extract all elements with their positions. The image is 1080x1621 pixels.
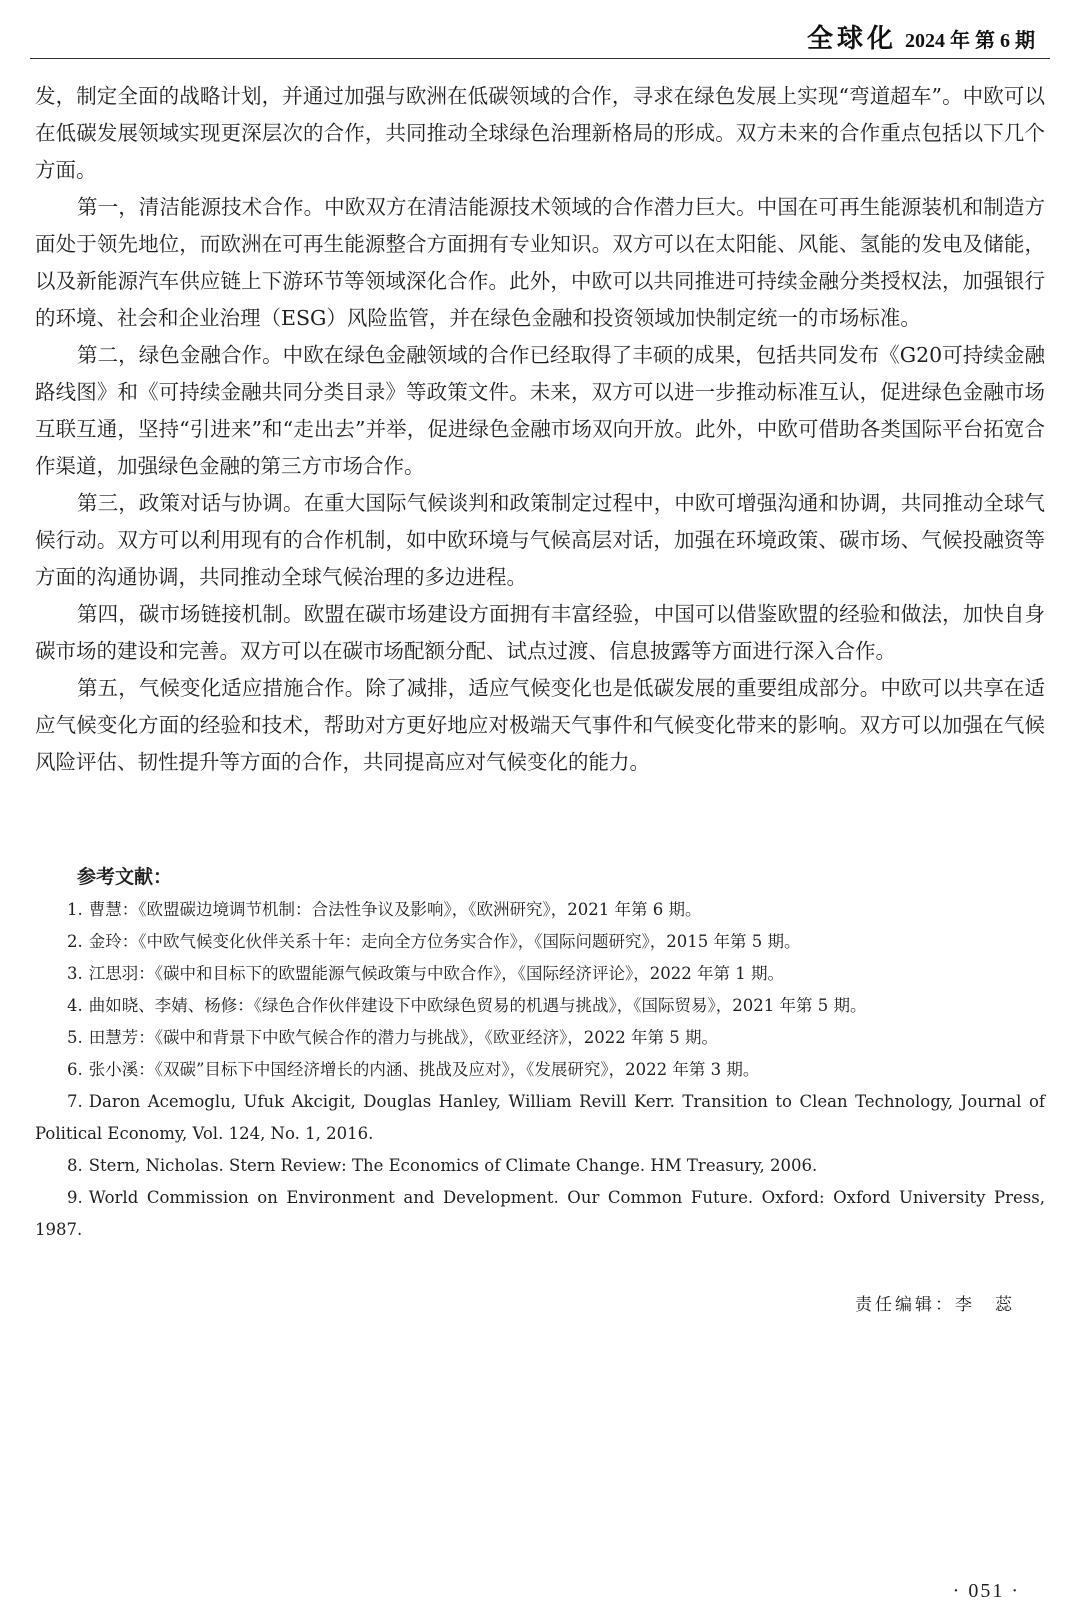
reference-text: 田慧芳：《碳中和背景下中欧气候合作的潜力与挑战》，《欧亚经济》，2022 年第 … xyxy=(89,1028,718,1047)
reference-text: Daron Acemoglu, Ufuk Akcigit, Douglas Ha… xyxy=(35,1092,1045,1143)
reference-item: 8.Stern, Nicholas. Stern Review: The Eco… xyxy=(35,1150,1045,1182)
reference-number: 9. xyxy=(67,1188,83,1207)
paragraph: 第五，气候变化适应措施合作。除了减排，适应气候变化也是低碳发展的重要组成部分。中… xyxy=(35,670,1045,781)
issue-label: 2024 年 第 6 期 xyxy=(905,24,1035,53)
reference-item: 1.曹慧：《欧盟碳边境调节机制：合法性争议及影响》，《欧洲研究》，2021 年第… xyxy=(35,894,1045,926)
journal-name: 全球化 xyxy=(807,18,897,55)
reference-text: 张小溪：《双碳”目标下中国经济增长的内涵、挑战及应对》，《发展研究》，2022 … xyxy=(89,1060,760,1079)
reference-number: 3. xyxy=(67,964,83,983)
reference-number: 6. xyxy=(67,1060,83,1079)
reference-text: 曹慧：《欧盟碳边境调节机制：合法性争议及影响》，《欧洲研究》，2021 年第 6… xyxy=(89,900,702,919)
reference-text: 曲如晓、李婧、杨修：《绿色合作伙伴建设下中欧绿色贸易的机遇与挑战》，《国际贸易》… xyxy=(89,996,867,1015)
reference-text: 江思羽：《碳中和目标下的欧盟能源气候政策与中欧合作》，《国际经济评论》，2022… xyxy=(89,964,784,983)
paragraph: 第三，政策对话与协调。在重大国际气候谈判和政策制定过程中，中欧可增强沟通和协调，… xyxy=(35,485,1045,596)
reference-item: 3.江思羽：《碳中和目标下的欧盟能源气候政策与中欧合作》，《国际经济评论》，20… xyxy=(35,958,1045,990)
references-section: 参考文献： 1.曹慧：《欧盟碳边境调节机制：合法性争议及影响》，《欧洲研究》，2… xyxy=(35,860,1045,1246)
reference-number: 7. xyxy=(67,1092,83,1111)
reference-text: Stern, Nicholas. Stern Review: The Econo… xyxy=(89,1156,818,1175)
responsible-editor: 责任编辑：李 蕊 xyxy=(855,1290,1015,1315)
reference-text: World Commission on Environment and Deve… xyxy=(35,1188,1045,1239)
reference-item: 6.张小溪：《双碳”目标下中国经济增长的内涵、挑战及应对》，《发展研究》，202… xyxy=(35,1054,1045,1086)
header-divider xyxy=(30,58,1050,59)
reference-number: 1. xyxy=(67,900,83,919)
reference-item: 7.Daron Acemoglu, Ufuk Akcigit, Douglas … xyxy=(35,1086,1045,1150)
references-title: 参考文献： xyxy=(77,860,1045,894)
reference-item: 2.金玲：《中欧气候变化伙伴关系十年：走向全方位务实合作》，《国际问题研究》，2… xyxy=(35,926,1045,958)
running-header: 全球化 2024 年 第 6 期 xyxy=(807,18,1035,55)
reference-text: 金玲：《中欧气候变化伙伴关系十年：走向全方位务实合作》，《国际问题研究》，201… xyxy=(89,932,801,951)
reference-number: 8. xyxy=(67,1156,83,1175)
reference-number: 2. xyxy=(67,932,83,951)
paragraph: 第二，绿色金融合作。中欧在绿色金融领域的合作已经取得了丰硕的成果，包括共同发布《… xyxy=(35,337,1045,485)
page-number: · 051 · xyxy=(953,1580,1020,1603)
reference-item: 9.World Commission on Environment and De… xyxy=(35,1182,1045,1246)
paragraph: 第一，清洁能源技术合作。中欧双方在清洁能源技术领域的合作潜力巨大。中国在可再生能… xyxy=(35,189,1045,337)
paragraph: 第四，碳市场链接机制。欧盟在碳市场建设方面拥有丰富经验，中国可以借鉴欧盟的经验和… xyxy=(35,596,1045,670)
reference-number: 5. xyxy=(67,1028,83,1047)
paragraph: 发，制定全面的战略计划，并通过加强与欧洲在低碳领域的合作，寻求在绿色发展上实现“… xyxy=(35,78,1045,189)
reference-number: 4. xyxy=(67,996,83,1015)
article-body: 发，制定全面的战略计划，并通过加强与欧洲在低碳领域的合作，寻求在绿色发展上实现“… xyxy=(35,78,1045,781)
reference-item: 4.曲如晓、李婧、杨修：《绿色合作伙伴建设下中欧绿色贸易的机遇与挑战》，《国际贸… xyxy=(35,990,1045,1022)
reference-item: 5.田慧芳：《碳中和背景下中欧气候合作的潜力与挑战》，《欧亚经济》，2022 年… xyxy=(35,1022,1045,1054)
